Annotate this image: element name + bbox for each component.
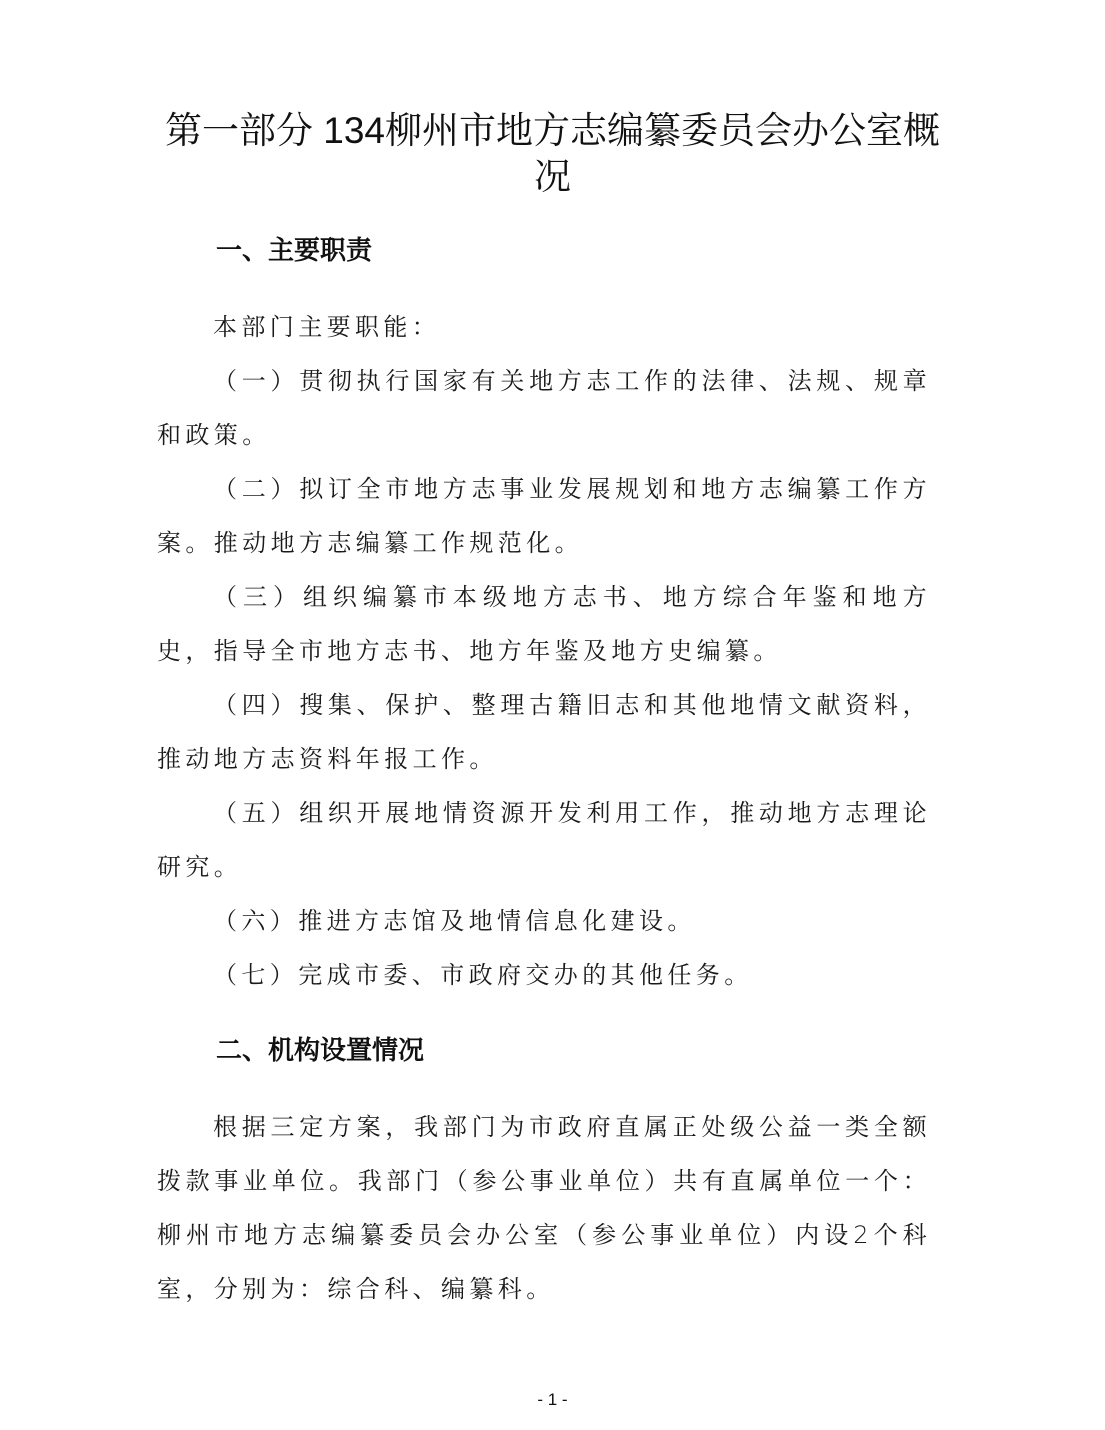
paragraph-duty-5: （五）组织开展地情资源开发利用工作，推动地方志理论研究。 — [157, 786, 931, 894]
page-title: 第一部分 134柳州市地方志编纂委员会办公室概况 — [150, 108, 955, 200]
section-heading-duties: 一、主要职责 — [216, 234, 372, 266]
paragraph-duty-6: （六）推进方志馆及地情信息化建设。 — [157, 894, 931, 948]
paragraph-duty-7: （七）完成市委、市政府交办的其他任务。 — [157, 948, 931, 1002]
paragraph-intro: 本部门主要职能： — [157, 300, 931, 354]
paragraph-duty-4: （四）搜集、保护、整理古籍旧志和其他地情文献资料，推动地方志资料年报工作。 — [157, 678, 931, 786]
page-number: - 1 - — [0, 1390, 1105, 1410]
document-page: 第一部分 134柳州市地方志编纂委员会办公室概况 一、主要职责 本部门主要职能：… — [0, 0, 1105, 1430]
paragraph-duty-2: （二）拟订全市地方志事业发展规划和地方志编纂工作方案。推动地方志编纂工作规范化。 — [157, 462, 931, 570]
paragraph-duty-1: （一）贯彻执行国家有关地方志工作的法律、法规、规章和政策。 — [157, 354, 931, 462]
section-heading-organization: 二、机构设置情况 — [216, 1034, 424, 1066]
paragraph-organization: 根据三定方案，我部门为市政府直属正处级公益一类全额拨款事业单位。我部门（参公事业… — [157, 1100, 931, 1316]
paragraph-duty-3: （三）组织编纂市本级地方志书、地方综合年鉴和地方史，指导全市地方志书、地方年鉴及… — [157, 570, 931, 678]
